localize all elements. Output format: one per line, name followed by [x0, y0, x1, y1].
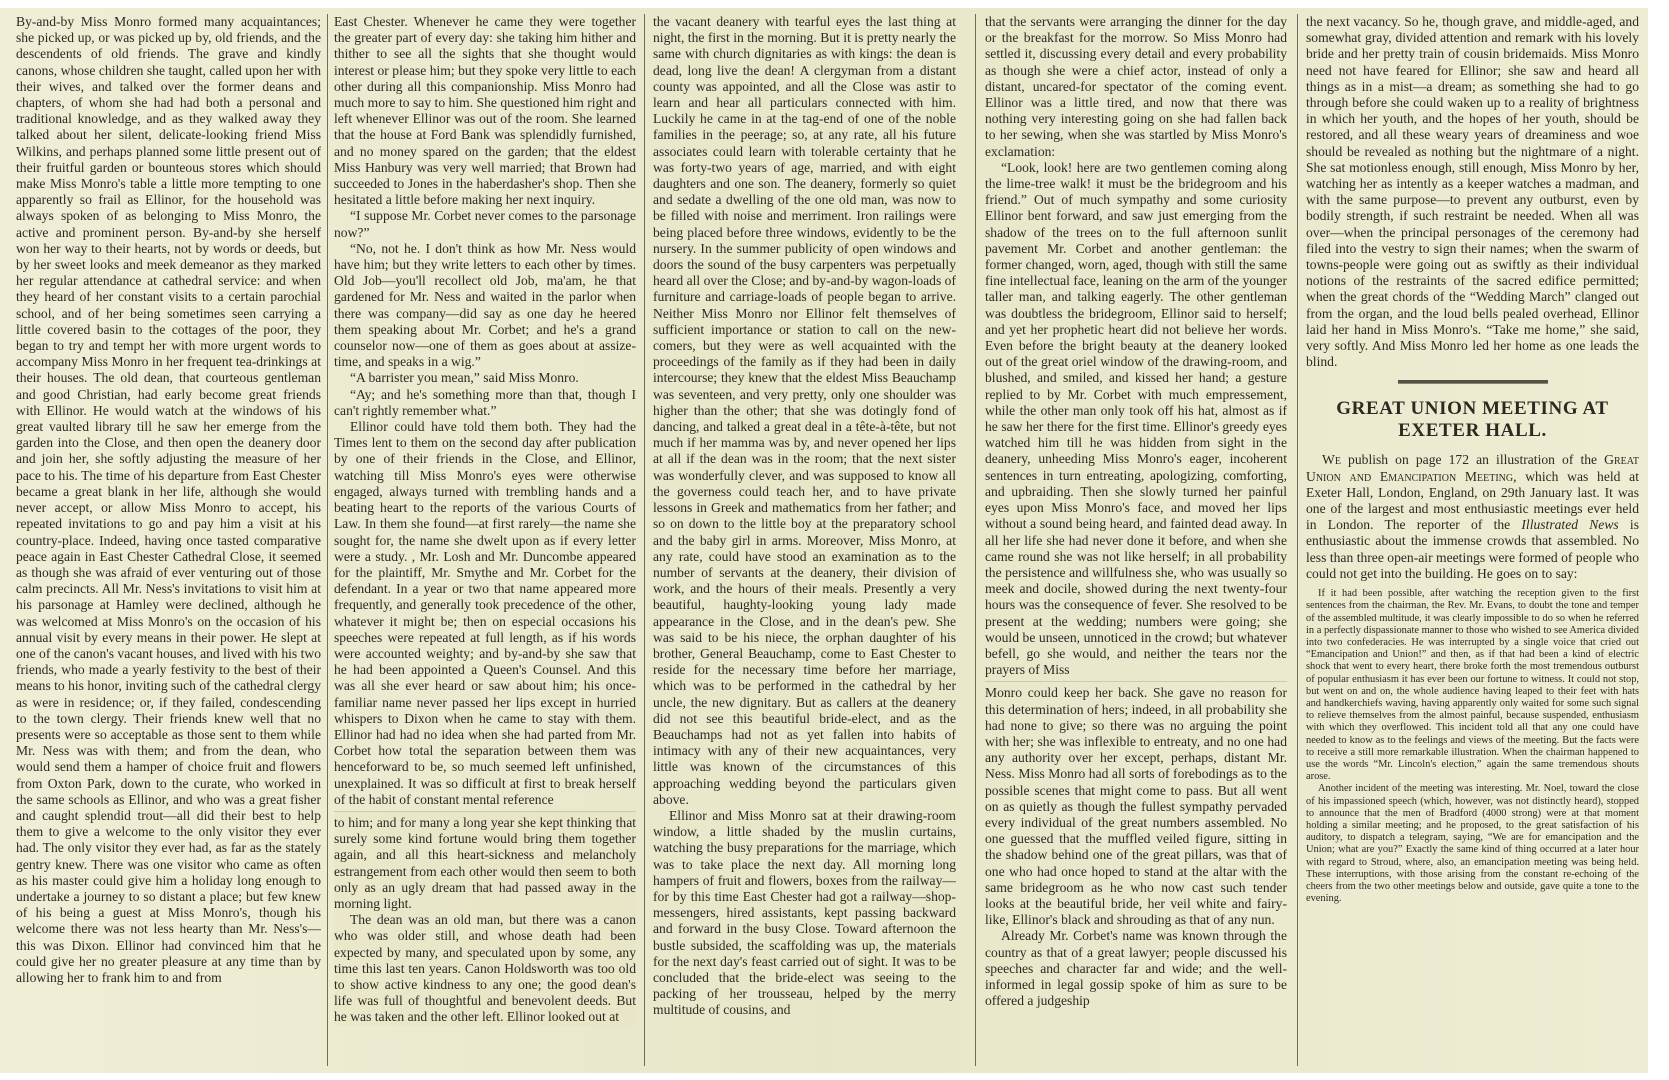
column-4-paragraph: “Look, look! here are two gentlemen comi… [985, 160, 1287, 679]
clipping-seam: Monro could keep her back. She gave no r… [985, 681, 1287, 1009]
quoted-report: If it had been possible, after watching … [1306, 588, 1639, 905]
column-1: By-and-by Miss Monro formed many acquain… [16, 14, 321, 1066]
publication-name: Illustrated News [1521, 517, 1618, 532]
intro-text: publish on page 172 an illustration of t… [1341, 452, 1604, 467]
column-2: East Chester. Whenever he came they were… [334, 14, 636, 1066]
column-3-paragraph: Ellinor and Miss Monro sat at their draw… [653, 808, 956, 1019]
column-divider [975, 14, 976, 1066]
column-2-paragraph: East Chester. Whenever he came they were… [334, 14, 636, 208]
column-4: that the servants were arranging the din… [985, 14, 1287, 1066]
column-divider [1297, 14, 1298, 1066]
newspaper-page: By-and-by Miss Monro formed many acquain… [0, 8, 1648, 1073]
column-2-paragraph: “I suppose Mr. Corbet never comes to the… [334, 208, 636, 240]
quote-paragraph: Another incident of the meeting was inte… [1306, 783, 1639, 905]
column-3: the vacant deanery with tearful eyes the… [653, 14, 956, 1066]
column-4-paragraph: that the servants were arranging the din… [985, 14, 1287, 160]
column-5-paragraph: the next vacancy. So he, though grave, a… [1306, 14, 1639, 370]
column-divider [327, 14, 328, 1066]
column-2-paragraph: Ellinor could have told them both. They … [334, 419, 636, 808]
headline-line-1: GREAT UNION MEETING AT [1306, 398, 1639, 420]
column-4-paragraph: Monro could keep her back. She gave no r… [985, 685, 1287, 928]
intro-drop-word: We [1322, 452, 1341, 467]
article-intro: We publish on page 172 an illustration o… [1306, 452, 1639, 582]
headline-line-2: EXETER HALL. [1306, 420, 1639, 442]
article-headline: GREAT UNION MEETING AT EXETER HALL. [1306, 398, 1639, 442]
column-2-paragraph: to him; and for many a long year she kep… [334, 815, 636, 912]
column-2-paragraph: “No, not he. I don't think as how Mr. Ne… [334, 241, 636, 371]
column-3-paragraph: the vacant deanery with tearful eyes the… [653, 14, 956, 808]
quote-paragraph: If it had been possible, after watching … [1306, 588, 1639, 783]
clipping-seam: to him; and for many a long year she kep… [334, 811, 636, 1026]
column-2-paragraph: “Ay; and he's something more than that, … [334, 387, 636, 419]
column-2-paragraph: “A barrister you mean,” said Miss Monro. [334, 370, 636, 386]
column-4-paragraph: Already Mr. Corbet's name was known thro… [985, 928, 1287, 1009]
column-divider [644, 14, 645, 1066]
column-2-paragraph: The dean was an old man, but there was a… [334, 912, 636, 1025]
column-1-paragraph: By-and-by Miss Monro formed many acquain… [16, 14, 321, 986]
section-separator-rule [1398, 380, 1548, 384]
column-5: the next vacancy. So he, though grave, a… [1306, 14, 1639, 1066]
